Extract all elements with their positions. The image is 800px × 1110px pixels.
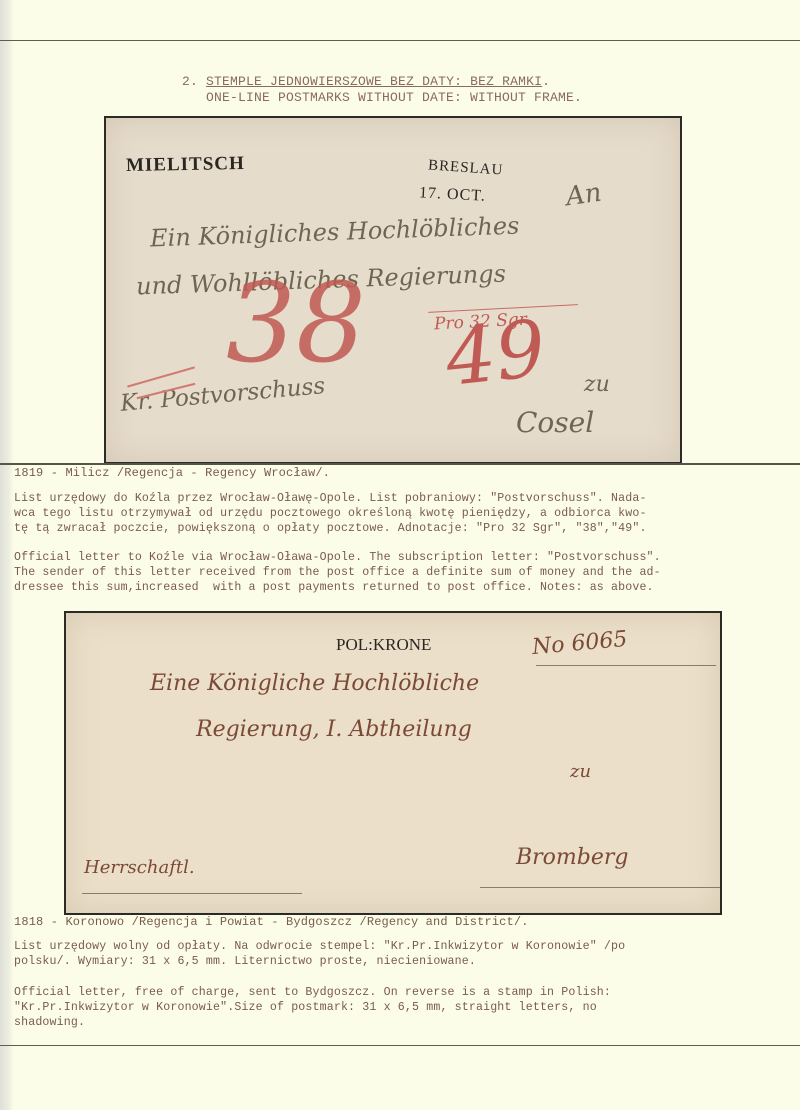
bottom-rule bbox=[0, 1045, 800, 1046]
handwriting-zu: zu bbox=[584, 372, 610, 397]
handwriting-line-2: Regierung, I. Abtheilung bbox=[196, 717, 472, 742]
item1-english-line-1: Official letter to Koźle via Wrocław-Oła… bbox=[14, 551, 794, 564]
handwriting-herrschaftl: Herrschaftl. bbox=[84, 857, 195, 878]
heading-polish-suffix: . bbox=[542, 74, 550, 89]
postmark-breslau-date: 17. OCT. bbox=[419, 184, 487, 205]
item2-english-line-2: "Kr.Pr.Inkwizytor w Koronowie".Size of p… bbox=[14, 1001, 794, 1014]
item2-polish-line-2: polsku/. Wymiary: 31 x 6,5 mm. Liternict… bbox=[14, 955, 794, 968]
item2-title: 1818 - Koronowo /Regencja i Powiat - Byd… bbox=[14, 916, 794, 929]
item2-polish-line-1: List urzędowy wolny od opłaty. Na odwroc… bbox=[14, 940, 794, 953]
section-number: 2. bbox=[182, 74, 198, 89]
handwriting-an: An bbox=[564, 178, 603, 213]
letter-polkrone-cover: POL:KRONE No 6065 Eine Königliche Hochlö… bbox=[64, 611, 722, 915]
red-mark-38: 38 bbox=[226, 268, 366, 378]
letter-mielitsch-cover: MIELITSCH BRESLAU 17. OCT. An Ein Königl… bbox=[104, 116, 682, 464]
item1-polish-line-3: tę tą zwracał poczcie, powiększoną o opł… bbox=[14, 522, 794, 535]
item2-english-line-3: shadowing. bbox=[14, 1016, 794, 1029]
postmark-breslau: BRESLAU bbox=[427, 157, 503, 179]
item1-polish-line-2: wca tego listu otrzymywał od urzędu pocz… bbox=[14, 507, 794, 520]
item1-polish-line-1: List urzędowy do Koźla przez Wrocław-Oła… bbox=[14, 492, 794, 505]
postmark-pol-krone: POL:KRONE bbox=[336, 635, 431, 655]
top-rule bbox=[0, 40, 800, 41]
handwriting-line-1: Ein Königliches Hochlöbliches bbox=[150, 212, 520, 253]
handwriting-line-1: Eine Königliche Hochlöbliche bbox=[150, 671, 479, 696]
left-underline bbox=[82, 893, 302, 894]
registry-number: No 6065 bbox=[531, 627, 628, 660]
page-left-edge bbox=[0, 0, 14, 1110]
handwriting-zu: zu bbox=[570, 761, 591, 782]
item1-english-line-3: dressee this sum,increased with a post p… bbox=[14, 581, 794, 594]
handwriting-cosel: Cosel bbox=[516, 406, 594, 439]
postmark-mielitsch: MIELITSCH bbox=[126, 153, 245, 177]
letter1-bottom-rule bbox=[0, 463, 800, 465]
item1-title: 1819 - Milicz /Regencja - Regency Wrocła… bbox=[14, 467, 794, 480]
item1-english-line-2: The sender of this letter received from … bbox=[14, 566, 794, 579]
page-heading: 2. STEMPLE JEDNOWIERSZOWE BEZ DATY: BEZ … bbox=[182, 74, 582, 106]
registry-underline bbox=[536, 665, 716, 666]
heading-english: ONE-LINE POSTMARKS WITHOUT DATE: WITHOUT… bbox=[182, 90, 582, 105]
right-underline bbox=[480, 887, 720, 888]
heading-polish: STEMPLE JEDNOWIERSZOWE BEZ DATY: BEZ RAM… bbox=[206, 74, 542, 89]
handwriting-bromberg: Bromberg bbox=[516, 845, 629, 870]
item2-english-line-1: Official letter, free of charge, sent to… bbox=[14, 986, 794, 999]
